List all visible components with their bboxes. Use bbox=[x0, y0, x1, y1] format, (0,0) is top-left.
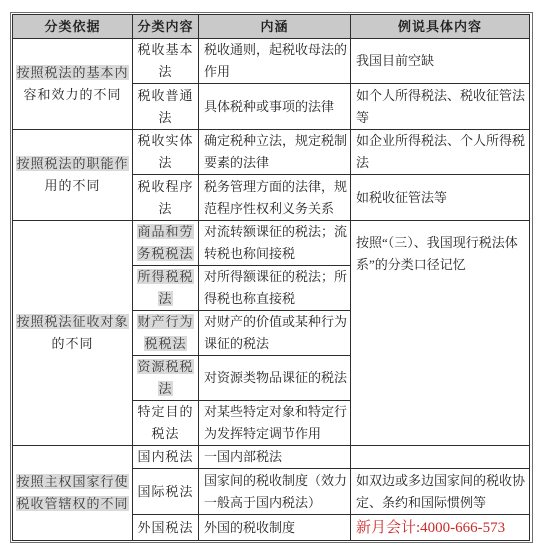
group-basis-label: 按照税法的基本内 bbox=[16, 65, 128, 80]
connotation-text: 税务管理方面的法律，规范程序性权利义务关系 bbox=[204, 179, 347, 216]
connotation-text: 确定税种立法，规定税制要素的法律 bbox=[204, 133, 347, 170]
connotation-cell: 对某些特定对象和特定行为发挥特定调节作用 bbox=[199, 401, 351, 446]
group-basis-label: 按照税法的职能作 bbox=[16, 156, 128, 171]
connotation-cell: 一国内部税法 bbox=[199, 446, 351, 469]
category-cell: 财产行为税税法 bbox=[133, 311, 199, 356]
category-label: 税收基本法 bbox=[137, 42, 193, 79]
category-label: 外国税法 bbox=[137, 520, 193, 535]
category-cell: 特定目的税法 bbox=[133, 401, 199, 446]
example-cell: 如个人所得税法、税收征管法等 bbox=[351, 84, 530, 130]
col-header-connotation-label: 内涵 bbox=[260, 19, 288, 34]
connotation-text: 税收通则，起税收母法的作用 bbox=[204, 42, 347, 79]
connotation-cell: 具体税种或事项的法律 bbox=[199, 84, 351, 130]
category-cell: 国际税法 bbox=[133, 469, 199, 515]
category-label: 资源税税法 bbox=[137, 359, 193, 396]
tax-law-classification-table: 分类依据 分类内容 内涵 例说具体内容 按照税法的基本内 容和效力的不同 税收基… bbox=[10, 12, 533, 543]
connotation-cell: 税收通则，起税收母法的作用 bbox=[199, 39, 351, 84]
connotation-text: 对某些特定对象和特定行为发挥特定调节作用 bbox=[204, 404, 347, 441]
group-basis-label: 按照主权国家行使 bbox=[16, 474, 128, 489]
category-label: 所得税税法 bbox=[137, 269, 193, 306]
category-cell: 外国税法 bbox=[133, 515, 199, 541]
connotation-cell: 对财产的价值或某种行为课征的税法 bbox=[199, 311, 351, 356]
category-label: 税收实体法 bbox=[137, 133, 193, 170]
example-cell-empty bbox=[351, 446, 530, 469]
example-text: 按照“（三）、我国现行税法体系”的分类口径记忆 bbox=[356, 235, 518, 272]
category-label: 税收普通法 bbox=[137, 88, 193, 125]
table-row: 按照税法的职能作 用的不同 税收实体法 确定税种立法，规定税制要素的法律 如企业… bbox=[13, 130, 530, 175]
watermark-text: 新月会计:4000-666-573 bbox=[356, 517, 525, 539]
group-basis-label: 的不同 bbox=[13, 333, 132, 355]
table-row: 按照税法征收对象 的不同 商品和劳务税税法 对流转额课征的税法；流转税也称间接税… bbox=[13, 221, 530, 266]
example-cell: 如税收征管法等 bbox=[351, 175, 530, 221]
category-label: 税收程序法 bbox=[137, 179, 193, 216]
example-cell-merged: 按照“（三）、我国现行税法体系”的分类口径记忆 bbox=[351, 221, 530, 446]
col-header-content-label: 分类内容 bbox=[137, 19, 193, 34]
category-label: 财产行为税税法 bbox=[137, 314, 193, 351]
connotation-cell: 国家间的税收制度（效力一般高于国内税法） bbox=[199, 469, 351, 515]
group-basis-label: 用的不同 bbox=[13, 175, 132, 197]
group-basis-cell: 按照税法的基本内 容和效力的不同 bbox=[13, 39, 133, 130]
group-basis-cell: 按照税法的职能作 用的不同 bbox=[13, 130, 133, 221]
category-cell: 税收普通法 bbox=[133, 84, 199, 130]
connotation-text: 对财产的价值或某种行为课征的税法 bbox=[204, 314, 347, 351]
col-header-basis: 分类依据 bbox=[13, 15, 133, 39]
connotation-text: 国家间的税收制度（效力一般高于国内税法） bbox=[204, 473, 347, 510]
connotation-text: 对流转额课征的税法；流转税也称间接税 bbox=[204, 224, 347, 261]
category-cell: 资源税税法 bbox=[133, 356, 199, 401]
col-header-example: 例说具体内容 bbox=[351, 15, 530, 39]
category-cell: 所得税税法 bbox=[133, 266, 199, 311]
group-basis-label: 按照税法征收对象 bbox=[16, 314, 128, 329]
example-text: 如个人所得税法、税收征管法等 bbox=[356, 88, 525, 125]
classification-table: 分类依据 分类内容 内涵 例说具体内容 按照税法的基本内 容和效力的不同 税收基… bbox=[12, 14, 530, 541]
example-cell: 如企业所得税法、个人所得税法 bbox=[351, 130, 530, 175]
connotation-text: 外国的税收制度 bbox=[204, 520, 295, 535]
category-label: 特定目的税法 bbox=[137, 404, 193, 441]
connotation-cell: 确定税种立法，规定税制要素的法律 bbox=[199, 130, 351, 175]
group-basis-label: 容和效力的不同 bbox=[13, 84, 132, 106]
category-label: 商品和劳务税税法 bbox=[137, 224, 193, 261]
category-label: 国际税法 bbox=[137, 484, 193, 499]
connotation-cell: 税务管理方面的法律，规范程序性权利义务关系 bbox=[199, 175, 351, 221]
table-row: 按照主权国家行使 税收管辖权的不同 国内税法 一国内部税法 bbox=[13, 446, 530, 469]
connotation-text: 具体税种或事项的法律 bbox=[204, 99, 334, 114]
group-basis-cell: 按照税法征收对象 的不同 bbox=[13, 221, 133, 446]
category-cell: 税收实体法 bbox=[133, 130, 199, 175]
connotation-cell: 外国的税收制度 bbox=[199, 515, 351, 541]
col-header-example-label: 例说具体内容 bbox=[398, 19, 482, 34]
group-basis-label: 税收管辖权的不同 bbox=[16, 496, 128, 511]
connotation-text: 对资源类物品课征的税法 bbox=[204, 370, 347, 385]
table-row: 按照税法的基本内 容和效力的不同 税收基本法 税收通则，起税收母法的作用 我国目… bbox=[13, 39, 530, 84]
category-cell: 税收基本法 bbox=[133, 39, 199, 84]
category-label: 国内税法 bbox=[137, 449, 193, 464]
example-cell: 我国目前空缺 bbox=[351, 39, 530, 84]
col-header-content: 分类内容 bbox=[133, 15, 199, 39]
header-row: 分类依据 分类内容 内涵 例说具体内容 bbox=[13, 15, 530, 39]
category-cell: 国内税法 bbox=[133, 446, 199, 469]
example-cell: 新月会计:4000-666-573 bbox=[351, 515, 530, 541]
category-cell: 商品和劳务税税法 bbox=[133, 221, 199, 266]
example-cell: 如双边或多边国家间的税收协定、条约和国际惯例等 bbox=[351, 469, 530, 515]
example-text: 如双边或多边国家间的税收协定、条约和国际惯例等 bbox=[356, 473, 525, 510]
group-basis-cell: 按照主权国家行使 税收管辖权的不同 bbox=[13, 446, 133, 541]
col-header-basis-label: 分类依据 bbox=[44, 19, 100, 34]
col-header-connotation: 内涵 bbox=[199, 15, 351, 39]
example-text: 我国目前空缺 bbox=[356, 53, 434, 68]
category-cell: 税收程序法 bbox=[133, 175, 199, 221]
connotation-text: 一国内部税法 bbox=[204, 449, 282, 464]
connotation-cell: 对流转额课征的税法；流转税也称间接税 bbox=[199, 221, 351, 266]
connotation-text: 对所得额课征的税法；所得税也称直接税 bbox=[204, 269, 347, 306]
example-text: 如税收征管法等 bbox=[356, 190, 447, 205]
connotation-cell: 对所得额课征的税法；所得税也称直接税 bbox=[199, 266, 351, 311]
connotation-cell: 对资源类物品课征的税法 bbox=[199, 356, 351, 401]
example-text: 如企业所得税法、个人所得税法 bbox=[356, 133, 525, 170]
